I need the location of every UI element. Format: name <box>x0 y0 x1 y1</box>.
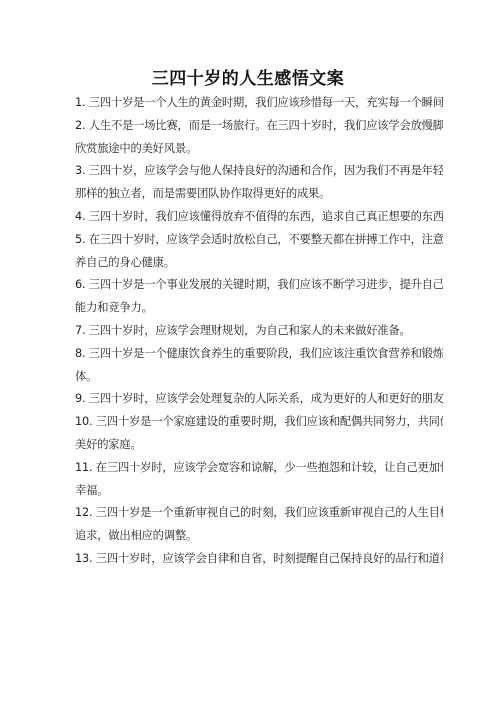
document-page: 三四十岁的人生感悟文案 1. 三四十岁是一个人生的黄金时期，我们应该珍惜每一天，… <box>0 0 496 702</box>
text-line: 7. 三四十岁时，应该学会理财规划，为自己和家人的未来做好准备。 <box>75 320 443 343</box>
text-line: 4. 三四十岁时，我们应该懂得放弃不值得的东西，追求自己真正想要的东西。 <box>75 206 443 229</box>
text-line: 欣赏旅途中的美好风景。 <box>75 138 443 161</box>
text-line: 10. 三四十岁是一个家庭建设的重要时期，我们应该和配偶共同努力，共同创造 <box>75 411 443 434</box>
text-line: 2. 人生不是一场比赛，而是一场旅行。在三四十岁时，我们应该学会放慢脚步， <box>75 115 443 138</box>
text-line: 11. 在三四十岁时，应该学会宽容和谅解，少一些抱怨和计较，让自己更加快乐 <box>75 457 443 480</box>
document-title: 三四十岁的人生感悟文案 <box>0 64 496 89</box>
text-line: 美好的家庭。 <box>75 434 443 457</box>
text-line: 9. 三四十岁时，应该学会处理复杂的人际关系，成为更好的人和更好的朋友。 <box>75 388 443 411</box>
text-line: 13. 三四十岁时，应该学会自律和自省，时刻提醒自己保持良好的品行和道德。 <box>75 548 443 571</box>
text-line: 6. 三四十岁是一个事业发展的关键时期，我们应该不断学习进步，提升自己的 <box>75 274 443 297</box>
text-line: 能力和竞争力。 <box>75 297 443 320</box>
document-body: 1. 三四十岁是一个人生的黄金时期，我们应该珍惜每一天，充实每一个瞬间。 2. … <box>75 92 443 571</box>
text-line: 12. 三四十岁是一个重新审视自己的时刻，我们应该重新审视自己的人生目标和 <box>75 502 443 525</box>
text-line: 1. 三四十岁是一个人生的黄金时期，我们应该珍惜每一天，充实每一个瞬间。 <box>75 92 443 115</box>
text-line: 追求，做出相应的调整。 <box>75 525 443 548</box>
text-line: 养自己的身心健康。 <box>75 252 443 275</box>
text-line: 幸福。 <box>75 480 443 503</box>
text-line: 8. 三四十岁是一个健康饮食养生的重要阶段，我们应该注重饮食营养和锻炼身 <box>75 343 443 366</box>
text-line: 5. 在三四十岁时，应该学会适时放松自己，不要整天都在拼搏工作中，注意保 <box>75 229 443 252</box>
text-line: 体。 <box>75 366 443 389</box>
text-line: 那样的独立者，而是需要团队协作取得更好的成果。 <box>75 183 443 206</box>
text-line: 3. 三四十岁，应该学会与他人保持良好的沟通和合作，因为我们不再是年轻人 <box>75 160 443 183</box>
